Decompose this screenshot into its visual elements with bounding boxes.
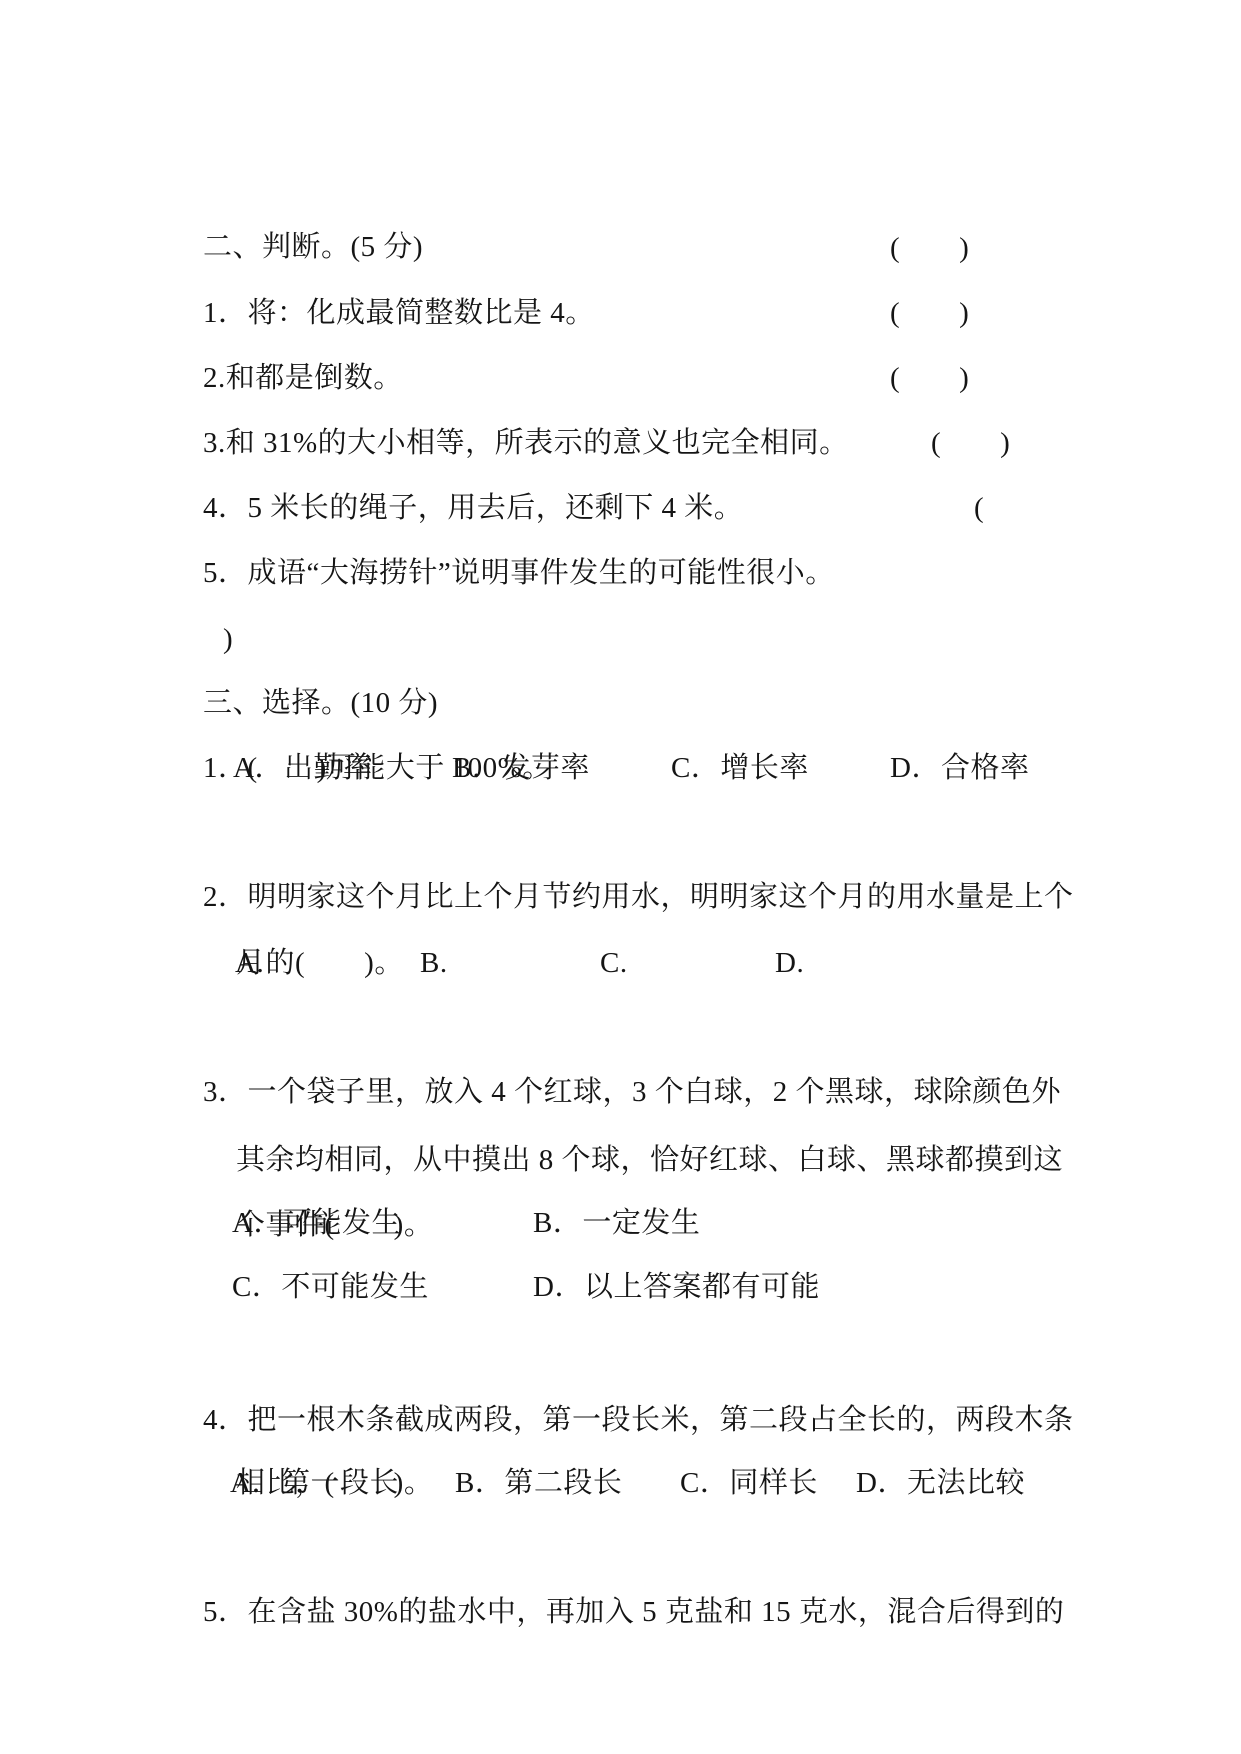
judge-item-3-answer-blank: ( ) [890, 346, 969, 411]
judge-item-4: 4．5 米长的绳子，用去后，还剩下 4 米。 ( ) [172, 411, 1131, 476]
choice-q5-stem-line1-text: 5．在含盐 30%的盐水中，再加入 5 克盐和 15 克水，混合后得到的 [203, 1596, 1064, 1628]
judge-item-2: 2.和都是倒数。 ( ) [172, 281, 1131, 346]
choice-q2-stem-line1: 2．明明家这个月比上个月节约用水，明明家这个月的用水量是上个 [172, 800, 1131, 865]
choice-q1-option-a: A．出勤率 [233, 736, 372, 801]
judge-item-5-answer-blank-open: ( [974, 476, 984, 541]
choice-q2-option-b: B. [420, 931, 448, 996]
choice-q2-option-c: C. [600, 931, 628, 996]
judge-item-3: 3.和 31%的大小相等，所表示的意义也完全相同。 ( ) [172, 346, 1131, 411]
choice-q2-options: A. B. C. D. [0, 931, 1241, 996]
choice-q3-stem-line3: 个事件( )。 [205, 1128, 1131, 1193]
choice-q3-options-row1: A．可能发生 B．一定发生 [0, 1191, 1241, 1256]
choice-q4-options: A．第一段长 B．第二段长 C．同样长 D．无法比较 [0, 1451, 1241, 1516]
choice-q3-options-row2: C．不可能发生 D．以上答案都有可能 [0, 1255, 1241, 1320]
document-page: 二、判断。(5 分) 1．将：化成最简整数比是 4。 ( ) 2.和都是倒数。 … [0, 0, 1241, 1754]
choice-q2-stem-line2: 月的( )。 [205, 866, 1131, 931]
judge-item-5: 5．成语“大海捞针”说明事件发生的可能性很小。 ( [172, 476, 1131, 541]
choice-q4-option-c: C．同样长 [680, 1451, 818, 1516]
choice-q1-option-c: C．增长率 [671, 736, 809, 801]
section-heading-judge: 二、判断。(5 分) [172, 150, 423, 215]
choice-q3-stem-line2: 其余均相同，从中摸出 8 个球，恰好红球、白球、黑球都摸到这 [205, 1063, 1131, 1128]
choice-q1-option-d: D．合格率 [890, 736, 1029, 801]
judge-item-2-answer-blank: ( ) [890, 281, 969, 346]
choice-q4-stem-line1: 4．把一根木条截成两段，第一段长米，第二段占全长的，两段木条 [172, 1323, 1131, 1388]
choice-q4-stem-line2: 相比，( )。 [205, 1386, 1131, 1451]
choice-q1-option-b: B．发芽率 [452, 736, 590, 801]
choice-q1-stem: 1．( )可能大于 100%。 [172, 671, 1131, 736]
judge-item-5-answer-blank-close: ) [192, 542, 233, 607]
choice-q3-stem-line1: 3．一个袋子里，放入 4 个红球，3 个白球，2 个黑球，球除颜色外 [172, 995, 1131, 1060]
choice-q2-option-d: D. [775, 931, 804, 996]
choice-q3-option-a: A．可能发生 [232, 1191, 401, 1256]
choice-q4-option-d: D．无法比较 [856, 1451, 1025, 1516]
judge-item-1-answer-blank: ( ) [890, 216, 969, 281]
choice-q3-option-d: D．以上答案都有可能 [533, 1255, 820, 1320]
judge-item-1: 1．将：化成最简整数比是 4。 ( ) [172, 216, 1131, 281]
choice-q4-option-b: B．第二段长 [455, 1451, 622, 1516]
choice-q1-options: A．出勤率 B．发芽率 C．增长率 D．合格率 [0, 736, 1241, 801]
choice-q5-stem-line1: 5．在含盐 30%的盐水中，再加入 5 克盐和 15 克水，混合后得到的 [172, 1515, 1131, 1580]
choice-q4-option-a: A．第一段长 [230, 1451, 399, 1516]
judge-item-4-answer-blank: ( ) [931, 411, 1010, 476]
choice-q3-option-c: C．不可能发生 [232, 1255, 429, 1320]
choice-q2-option-a: A. [235, 931, 264, 996]
choice-q3-option-b: B．一定发生 [533, 1191, 700, 1256]
judge-item-5-text: 5．成语“大海捞针”说明事件发生的可能性很小。 [203, 557, 835, 589]
section-heading-choice: 三、选择。(10 分) [172, 606, 438, 671]
